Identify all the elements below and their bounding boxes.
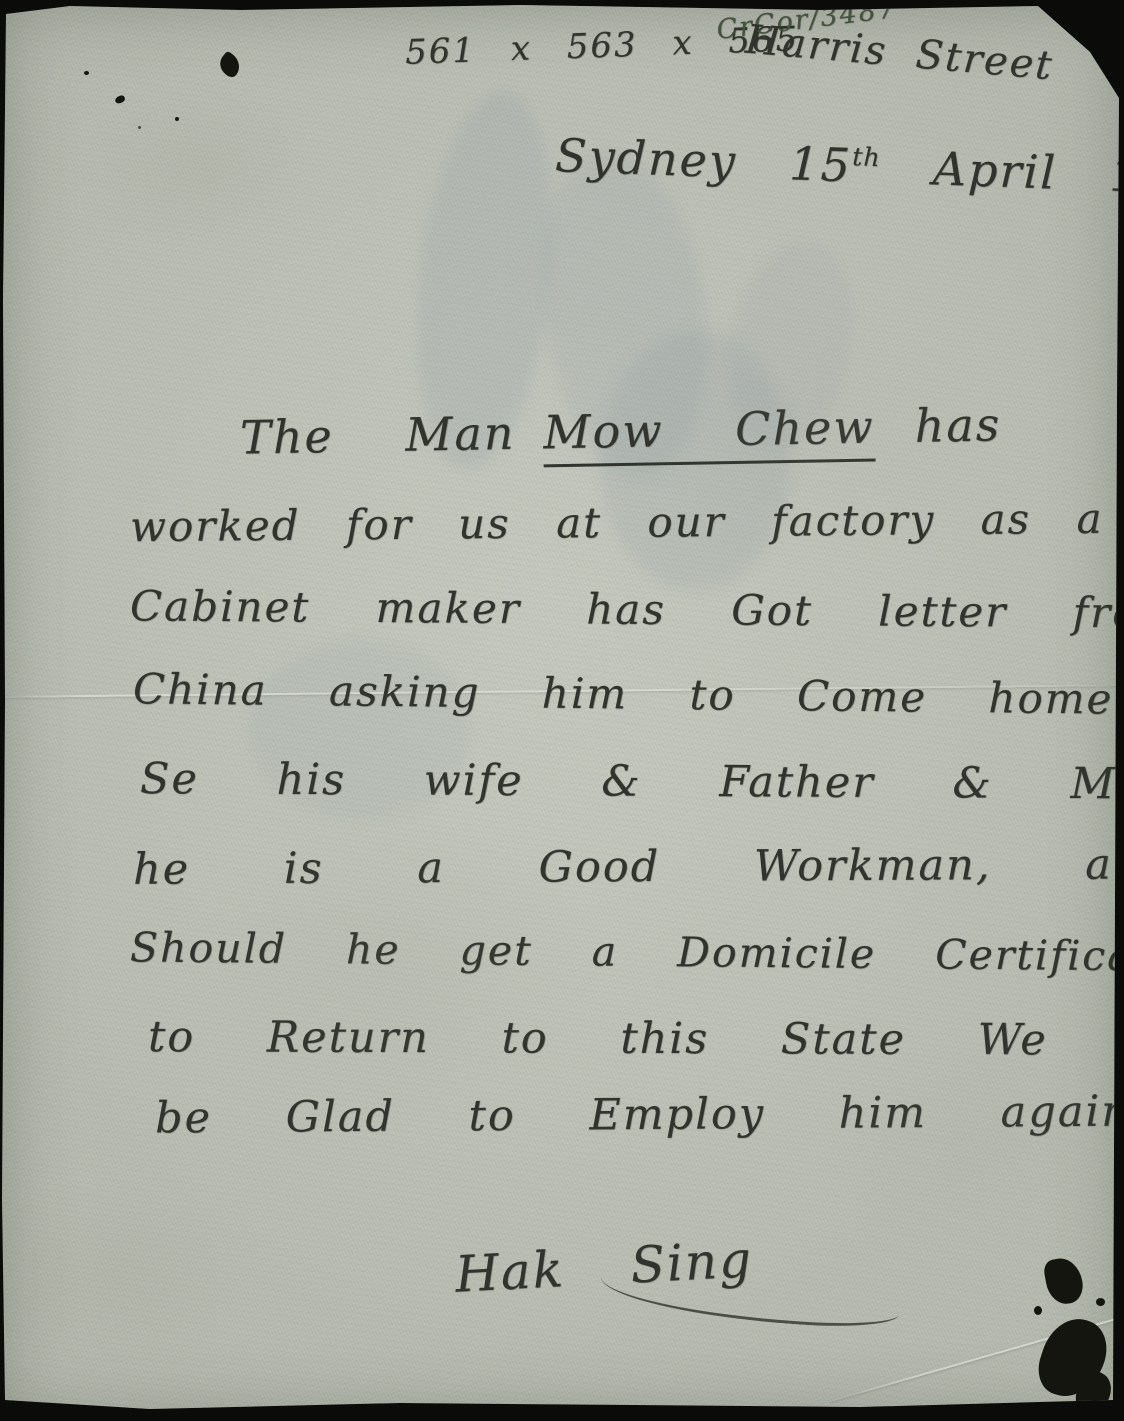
letter-line-5: Se his wife & Father & Mother: [140, 754, 1124, 810]
ink-blot: [1034, 1306, 1042, 1315]
ink-blot: [1031, 1310, 1115, 1405]
paper-speck: [138, 126, 141, 129]
scanned-letter: 561 x 563 x 565 CrCor/3487 Harris Street…: [0, 0, 1124, 1421]
letter-line-4: China asking him to Come home to: [133, 664, 1124, 724]
street-name: Harris Street: [744, 17, 1056, 90]
dateline: Sydney 15th April 1904: [554, 128, 1124, 206]
letter-line-7: Should he get a Domicile Certificate: [130, 923, 1124, 980]
letter-line-8: to Return to this State We will: [148, 1012, 1124, 1066]
corner-fold-crease: [830, 1309, 1124, 1402]
paper-speck: [114, 95, 126, 105]
pen-flourish: [888, 393, 889, 450]
letter-line-1: The ManMow Chewhas: [240, 391, 1002, 464]
dateline-ordinal: th: [852, 142, 881, 172]
line1-prefix: The Man: [240, 406, 516, 465]
ink-blot: [1069, 1367, 1118, 1420]
paper-speck: [215, 50, 245, 79]
subject-name-underlined: Mow Chew: [543, 400, 875, 468]
letter-line-3: Cabinet maker has Got letter from: [130, 581, 1124, 637]
dateline-city-day: Sydney 15: [554, 128, 853, 192]
signature: Hak Sing: [454, 1230, 755, 1304]
dateline-month-year: April 1904: [932, 141, 1124, 205]
letter-line-6: he is a Good Workman, and: [133, 839, 1124, 894]
letter-paper: 561 x 563 x 565 CrCor/3487 Harris Street…: [0, 0, 1124, 1421]
letter-line-2: worked for us at our factory as a: [130, 494, 1104, 551]
line1-suffix: has: [914, 397, 1002, 453]
paper-speck: [175, 117, 179, 121]
ink-blot: [1042, 1255, 1085, 1307]
ink-blot: [1096, 1298, 1105, 1306]
paper-speck: [84, 71, 89, 75]
letter-line-9: be Glad to Employ him again: [155, 1087, 1124, 1144]
